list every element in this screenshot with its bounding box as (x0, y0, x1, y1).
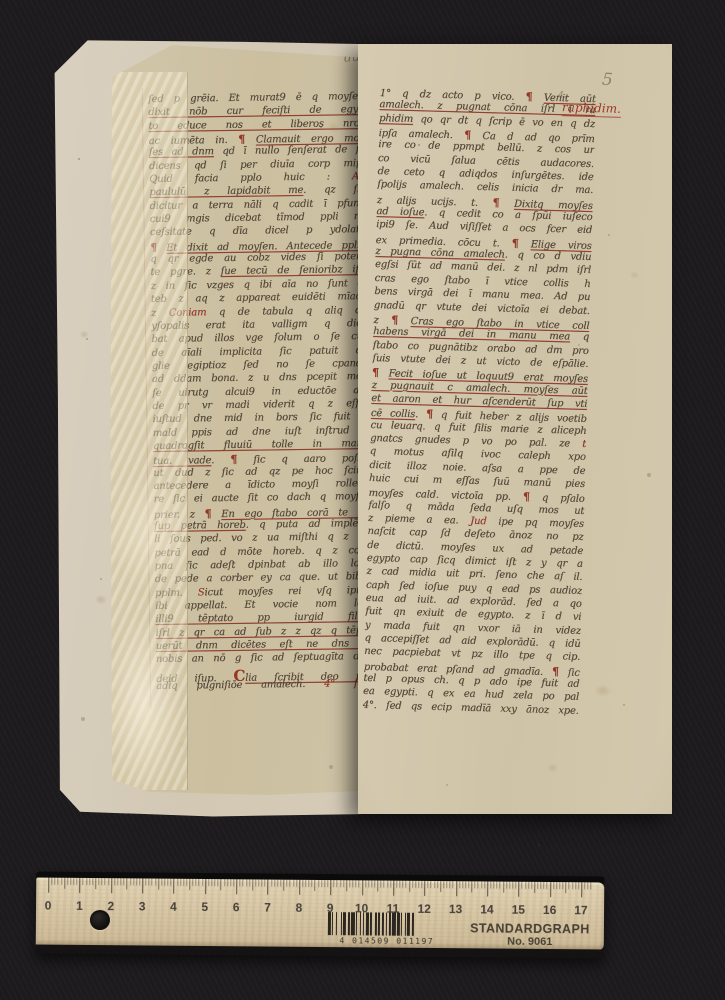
ruler-tick (123, 878, 124, 885)
ruler-tick (512, 882, 513, 889)
ruler-tick (177, 879, 178, 886)
ruler-tick (406, 881, 407, 888)
ruler-tick (199, 879, 200, 886)
barcode-bar (407, 913, 410, 936)
ruler-tick (290, 880, 291, 887)
ruler-tick (227, 879, 228, 886)
ruler-tick (525, 882, 526, 889)
ruler-tick (509, 882, 510, 889)
ruler-tick (293, 880, 294, 887)
barcode-bar (378, 913, 381, 936)
ruler-tick (164, 879, 165, 886)
ruler-tick (506, 882, 507, 889)
barcode-bar (389, 913, 390, 936)
ruler-number: 17 (574, 903, 587, 917)
ruler-tick (346, 880, 347, 891)
ruler-tick (221, 879, 222, 890)
ruler-tick (287, 880, 288, 887)
ruler-tick (471, 881, 472, 892)
brand-label: STANDARDGRAPH (456, 921, 604, 936)
ruler-tick (390, 881, 391, 888)
ruler-tick (446, 881, 447, 888)
ruler-number: 6 (233, 900, 240, 914)
ruler-tick (374, 880, 375, 887)
ruler-tick (402, 881, 403, 888)
ruler-tick (355, 880, 356, 887)
ruler-tick (487, 881, 488, 896)
ruler-tick (368, 880, 369, 887)
ruler-tick (412, 881, 413, 888)
ruler-tick (384, 881, 385, 888)
ruler-number: 2 (107, 899, 114, 913)
ruler-tick (591, 882, 592, 889)
ruler-number: 4 (170, 900, 177, 914)
ruler-tick (437, 881, 438, 888)
ruler-number: 13 (449, 902, 462, 916)
ruler-tick (490, 881, 491, 888)
ruler-tick (186, 879, 187, 886)
barcode-bar (366, 912, 369, 935)
ruler-tick (450, 881, 451, 888)
ruler-tick (95, 878, 96, 889)
ruler-tick (202, 879, 203, 886)
ruler-tick (271, 880, 272, 887)
manuscript-line: adiq pugniſiōe amalech. 4° ſeq. (156, 678, 372, 694)
ruler-tick (534, 882, 535, 893)
ruler-tick (111, 878, 112, 893)
ruler-tick (321, 880, 322, 887)
ruler-tick (440, 881, 441, 892)
ruler-tick (362, 880, 363, 895)
ruler-tick (92, 878, 93, 885)
ruler-tick (180, 879, 181, 886)
ruler-tick (258, 879, 259, 886)
ruler-number: 5 (201, 900, 208, 914)
ruler-tick (142, 878, 143, 893)
ruler-tick (562, 882, 563, 889)
ruler-tick (587, 882, 588, 889)
ruler-tick (497, 882, 498, 889)
ruler-tick (462, 881, 463, 888)
ruler-tick (365, 880, 366, 887)
ruler-hole (90, 910, 110, 930)
ruler-tick (196, 879, 197, 886)
ruler-tick (265, 880, 266, 887)
ruler-tick (581, 882, 582, 897)
ruler-tick (120, 878, 121, 885)
barcode-bar (348, 912, 349, 935)
ruler-tick (547, 882, 548, 889)
barcode: 4 014509 011197 (324, 912, 450, 947)
barcode-bar (332, 912, 333, 935)
barcode-bar (405, 913, 406, 936)
ruler-tick (214, 879, 215, 886)
barcode-bar (382, 913, 385, 936)
ruler-tick (340, 880, 341, 887)
ruler-tick (371, 880, 372, 887)
ruler-tick (584, 882, 585, 889)
ruler-tick (218, 879, 219, 886)
ruler-number: 15 (512, 903, 525, 917)
ruler-tick (424, 881, 425, 896)
ruler-tick (246, 879, 247, 886)
ruler-tick (108, 878, 109, 885)
ruler-tick (133, 878, 134, 885)
ruler-tick (277, 880, 278, 887)
barcode-bar (360, 912, 361, 935)
ruler-tick (139, 878, 140, 885)
ruler-tick (443, 881, 444, 888)
ruler-tick (161, 879, 162, 886)
ruler-tick (553, 882, 554, 889)
ruler-tick (522, 882, 523, 889)
ruler-tick (280, 880, 281, 887)
ruler-tick (421, 881, 422, 888)
ruler-tick (239, 879, 240, 886)
ruler-tick (48, 878, 49, 893)
ruler-tick (478, 881, 479, 888)
ruler-tick (359, 880, 360, 887)
barcode-bar (328, 912, 331, 935)
ruler-tick (540, 882, 541, 889)
ruler-tick (352, 880, 353, 887)
folio-number: 5 (601, 70, 613, 91)
barcode-bar (392, 913, 396, 936)
barcode-bar (356, 912, 357, 935)
ruler-tick (556, 882, 557, 889)
barcode-digits: 4 014509 011197 (324, 936, 450, 946)
ruler-tick (550, 882, 551, 897)
ruler-number: 14 (480, 902, 493, 916)
barcode-bar (397, 913, 400, 936)
ruler-tick (481, 881, 482, 888)
ruler-tick (136, 878, 137, 885)
barcode-bar (336, 912, 337, 935)
parchment-leaf-right: 1° q dz acto p vico. ¶ Venit aūtamalech.… (358, 44, 672, 814)
ruler-tick (465, 881, 466, 888)
ruler-tick (565, 882, 566, 893)
model-label: No. 9061 (456, 935, 604, 948)
parchment-leaf-left: ſed p grēia. Et murat9 ē q moyſendixit n… (100, 36, 378, 798)
ruler-tick (76, 878, 77, 885)
ruler-tick (518, 882, 519, 897)
ruler-tick (145, 878, 146, 885)
ruler-tick (531, 882, 532, 889)
ruler-tick (569, 882, 570, 889)
ruler-tick (252, 879, 253, 890)
barcode-bar (362, 912, 363, 935)
barcode-bar (385, 913, 386, 936)
ruler-number: 0 (45, 899, 52, 913)
ruler-tick (305, 880, 306, 887)
ruler-tick (559, 882, 560, 889)
ruler-tick (312, 880, 313, 887)
ruler: 01234567891011121314151617 4 014509 0111… (36, 872, 605, 961)
ruler-tick (58, 878, 59, 885)
ruler-tick (268, 880, 269, 895)
ruler-tick (418, 881, 419, 888)
ruler-tick (155, 879, 156, 886)
right-text-column: 1° q dz acto p vico. ¶ Venit aūtamalech.… (362, 86, 596, 724)
ruler-tick (255, 879, 256, 886)
barcode-bar (375, 912, 376, 935)
ruler-tick (114, 878, 115, 885)
ruler-tick (261, 879, 262, 886)
ruler-tick (174, 879, 175, 894)
ruler-tick (230, 879, 231, 886)
ruler-tick (381, 881, 382, 888)
ruler-tick (283, 880, 284, 891)
ruler-tick (343, 880, 344, 887)
ruler-tick (468, 881, 469, 888)
ruler-tick (431, 881, 432, 888)
barcode-bar (412, 913, 413, 936)
ruler-tick (70, 878, 71, 885)
ruler-tick (189, 879, 190, 890)
ruler-tick (117, 878, 118, 885)
ruler-tick (89, 878, 90, 885)
ruler-tick (428, 881, 429, 888)
ruler-wood-face: 01234567891011121314151617 4 014509 0111… (36, 878, 605, 951)
ruler-tick (330, 880, 331, 895)
ruler-tick (64, 878, 65, 889)
ruler-tick (243, 879, 244, 886)
barcode-bar (401, 913, 402, 936)
ruler-tick (51, 878, 52, 885)
ruler-tick (503, 882, 504, 893)
ruler-tick (299, 880, 300, 895)
ruler-tick (171, 879, 172, 886)
ruler-tick (105, 878, 106, 885)
ruler-tick (434, 881, 435, 888)
ruler-tick (308, 880, 309, 887)
ruler-number: 7 (264, 901, 271, 915)
ruler-tick (98, 878, 99, 885)
scene: ſed p grēia. Et murat9 ē q moyſendixit n… (0, 0, 725, 1000)
ruler-tick (83, 878, 84, 885)
ruler-tick (409, 881, 410, 892)
ruler-tick (544, 882, 545, 889)
barcode-bars (328, 912, 446, 936)
ruler-tick (205, 879, 206, 894)
ruler-tick (55, 878, 56, 885)
ruler-tick (224, 879, 225, 886)
ruler-tick (324, 880, 325, 887)
foxing-specks (78, 158, 80, 160)
ruler-tick (387, 881, 388, 888)
left-text-column: ſed p grēia. Et murat9 ē q moyſendixit n… (148, 91, 372, 704)
ruler-tick (528, 882, 529, 889)
ruler-tick (274, 880, 275, 887)
ruler-tick (415, 881, 416, 888)
ruler-tick (249, 879, 250, 886)
rubric-heading: raphidim. (562, 100, 621, 118)
ruler-tick (459, 881, 460, 888)
barcode-bar (370, 912, 371, 935)
ruler-tick (67, 878, 68, 885)
ruler-tick (302, 880, 303, 887)
ruler-tick (167, 879, 168, 886)
ruler-number: 8 (295, 901, 302, 915)
ruler-tick (575, 882, 576, 889)
ruler-tick (578, 882, 579, 889)
ruler-tick (399, 881, 400, 888)
ruler-tick (337, 880, 338, 887)
ruler-tick (192, 879, 193, 886)
ruler-tick (130, 878, 131, 885)
ruler-tick (80, 878, 81, 893)
ruler-number: 16 (543, 903, 556, 917)
ruler-tick (208, 879, 209, 886)
ruler-tick (318, 880, 319, 887)
ruler-tick (158, 879, 159, 890)
ruler-tick (296, 880, 297, 887)
barcode-bar (341, 912, 342, 935)
ruler-tick (475, 881, 476, 888)
barcode-bar (343, 912, 346, 935)
ruler-tick (152, 879, 153, 886)
ruler-tick (86, 878, 87, 885)
ruler-tick (396, 881, 397, 888)
ruler-number: 1 (76, 899, 83, 913)
ruler-tick (484, 881, 485, 888)
ruler-tick (236, 879, 237, 894)
ruler-tick (233, 879, 234, 886)
ruler-tick (453, 881, 454, 888)
ruler-tick (377, 881, 378, 892)
ruler-tick (127, 878, 128, 889)
ruler-tick (537, 882, 538, 889)
ruler-tick (149, 879, 150, 886)
ruler-tick (500, 882, 501, 889)
ruler-tick (456, 881, 457, 896)
ruler-tick (515, 882, 516, 889)
ruler-tick (572, 882, 573, 889)
ruler-tick (327, 880, 328, 887)
ruler-tick (393, 881, 394, 896)
barcode-bar (351, 912, 355, 935)
ruler-tick (211, 879, 212, 886)
ruler-number: 3 (139, 899, 146, 913)
ruler-tick (73, 878, 74, 885)
ruler-tick (183, 879, 184, 886)
ruler-tick (493, 882, 494, 889)
ruler-tick (349, 880, 350, 887)
ruler-tick (61, 878, 62, 885)
ruler-tick (315, 880, 316, 891)
ruler-tick (102, 878, 103, 885)
ruler-tick (334, 880, 335, 887)
